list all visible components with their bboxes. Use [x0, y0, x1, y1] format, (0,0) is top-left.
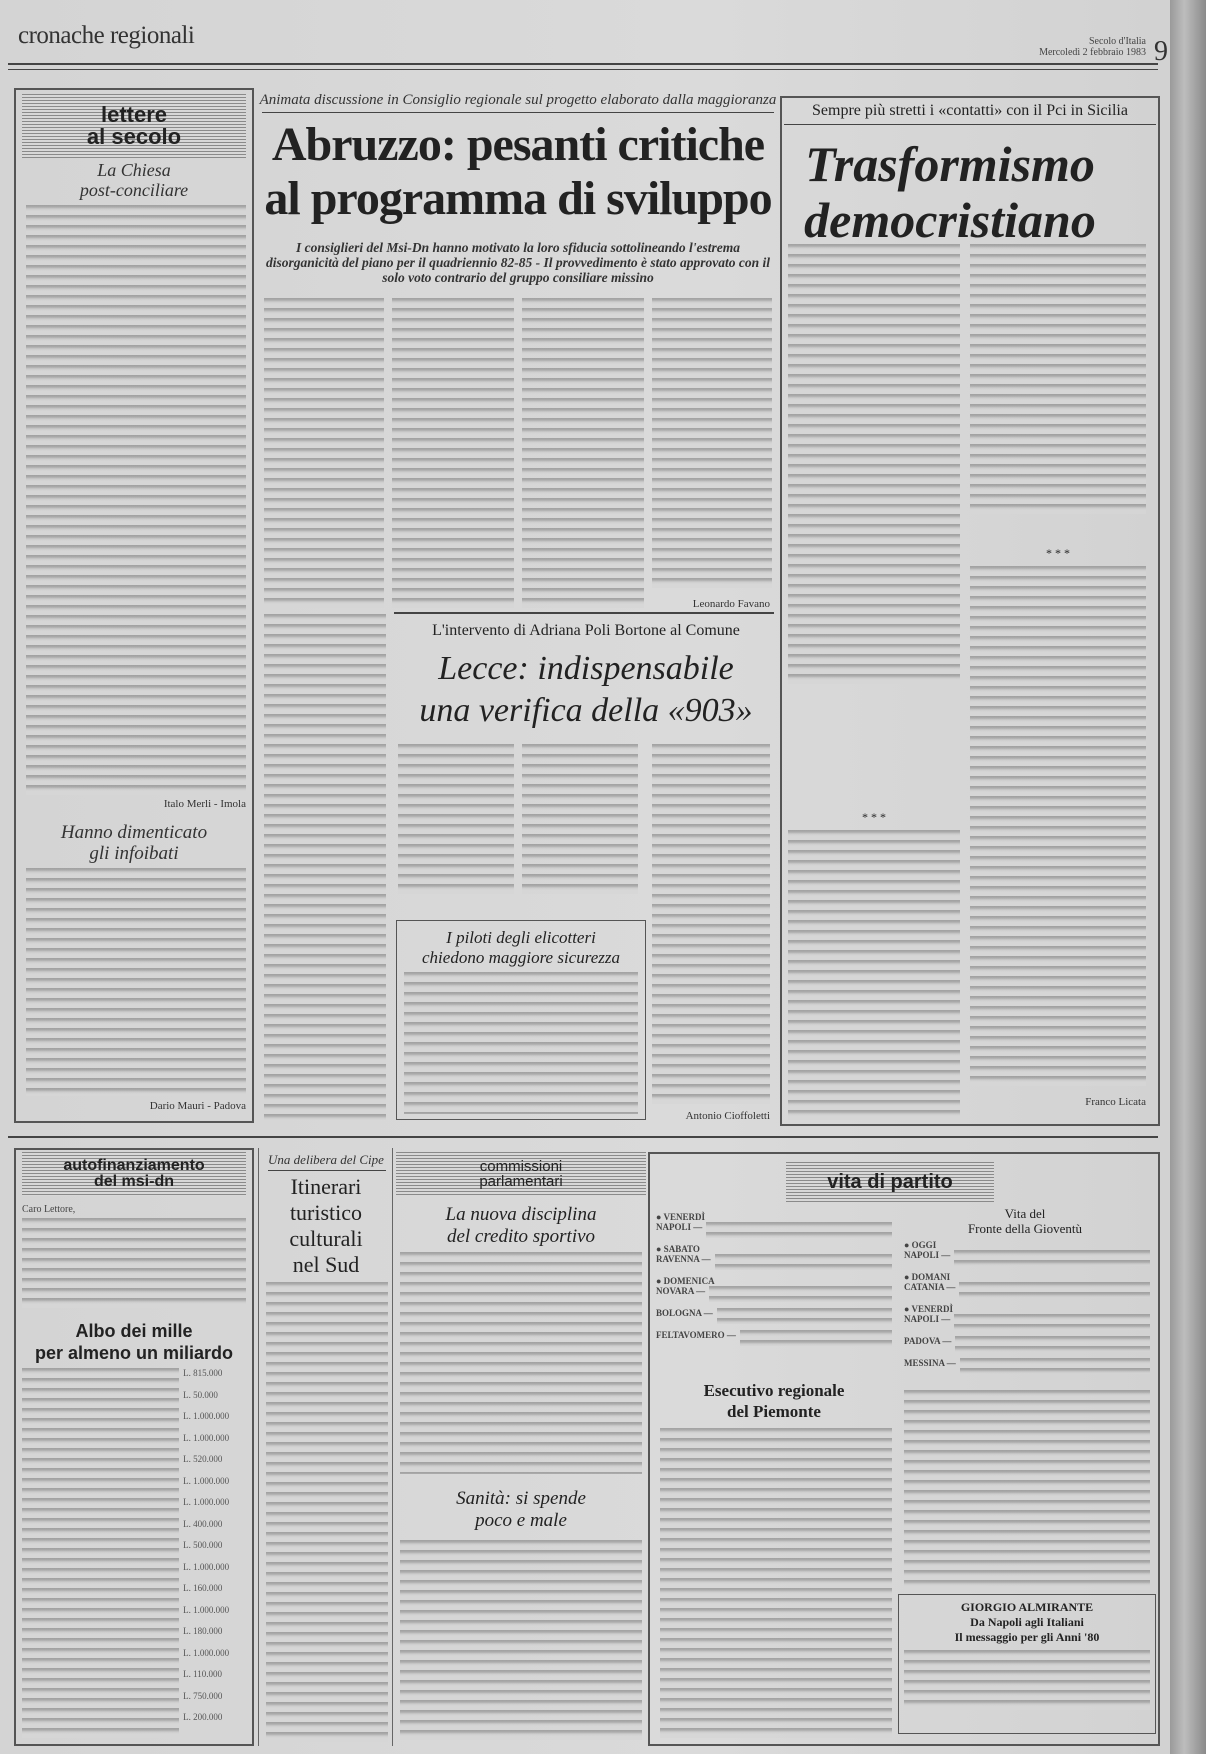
fronte-title-line2: Fronte della Gioventù — [900, 1221, 1150, 1236]
almirante-body — [904, 1650, 1150, 1710]
lecce-byline: Antonio Cioffoletti — [652, 1110, 770, 1122]
cipe-headline-line3: culturali — [262, 1226, 390, 1252]
sicilia-headline-line2: democristiano — [780, 192, 1120, 248]
credito-headline-line1: La nuova disciplina — [396, 1204, 646, 1226]
vita-entry: ● OGGINAPOLI — — [904, 1240, 1150, 1266]
albo-amount: L. 1.000.000 — [183, 1562, 246, 1584]
vita-entry: MESSINA — — [904, 1358, 1150, 1374]
autofin-header-line2: del msi-dn — [94, 1174, 174, 1190]
credito-headline: La nuova disciplina del credito sportivo — [396, 1204, 646, 1248]
albo-amount: L. 500.000 — [183, 1540, 246, 1562]
vita-header-text: vita di partito — [827, 1172, 953, 1192]
commissioni-header: commissioni parlamentari — [396, 1152, 646, 1196]
albo-list: L. 815.000L. 50.000L. 1.000.000L. 1.000.… — [22, 1368, 246, 1738]
albo-title: Albo dei mille per almeno un miliardo — [22, 1320, 246, 1364]
vita-entry-city: FELTAVOMERO — — [656, 1330, 736, 1346]
albo-amount: L. 200.000 — [183, 1712, 246, 1734]
letter2-title-line2: gli infoibati — [22, 843, 246, 864]
bottom-section-rule — [8, 1136, 1158, 1138]
vita-entry-text — [960, 1358, 1150, 1374]
abruzzo-kicker: Animata discussione in Consiglio regiona… — [258, 92, 778, 109]
albo-title-line1: Albo dei mille — [22, 1320, 246, 1342]
credito-headline-line2: del credito sportivo — [396, 1226, 646, 1248]
vita-entry-day: ● SABATO — [656, 1244, 892, 1254]
vita-entry-text — [959, 1282, 1150, 1298]
masthead-rule — [8, 63, 1158, 65]
cipe-kicker: Una delibera del Cipe — [262, 1152, 390, 1168]
autofin-header: autofinanziamento del msi-dn — [22, 1152, 246, 1196]
vita-entry: FELTAVOMERO — — [656, 1330, 892, 1346]
vita-entry-city: NOVARA — — [656, 1286, 705, 1302]
sicilia-col2-b — [970, 566, 1146, 1086]
lettere-header-line1: lettere — [101, 104, 167, 126]
abruzzo-headline-line2: al programma di sviluppo — [258, 172, 778, 226]
executive-title-line1: Esecutivo regionale — [656, 1380, 892, 1401]
fronte-title: Vita del Fronte della Gioventù — [900, 1206, 1150, 1236]
albo-amount: L. 1.000.000 — [183, 1497, 246, 1519]
vita-entry-city: PADOVA — — [904, 1336, 951, 1352]
vita-entry: PADOVA — — [904, 1336, 1150, 1352]
lecce-kicker: L'intervento di Adriana Poli Bortone al … — [398, 622, 774, 640]
vita-entry-text — [715, 1254, 892, 1270]
sicilia-kicker-rule — [784, 124, 1156, 125]
letter1-title: La Chiesa post-conciliare — [22, 160, 246, 200]
vita-left-list: ● VENERDÌNAPOLI —● SABATORAVENNA —● DOME… — [656, 1212, 892, 1352]
albo-amount: L. 1.000.000 — [183, 1476, 246, 1498]
albo-amount: L. 750.000 — [183, 1691, 246, 1713]
vita-entry-city: NAPOLI — — [904, 1250, 950, 1266]
sicilia-col1-a — [788, 244, 960, 684]
sanita-body — [400, 1540, 642, 1740]
paper-date: Secolo d'Italia Mercoledì 2 febbraio 198… — [1039, 36, 1146, 58]
vita-entry-text — [954, 1314, 1150, 1330]
sicilia-separator-2: * * * — [788, 810, 960, 825]
commissioni-header-line1: commissioni — [480, 1159, 563, 1174]
cipe-headline-line1: Itinerari — [262, 1174, 390, 1200]
lecce-headline: Lecce: indispensabile una verifica della… — [398, 648, 774, 732]
elicotteri-headline: I piloti degli elicotteri chiedono maggi… — [400, 928, 642, 968]
lettere-header: lettere al secolo — [22, 94, 246, 158]
albo-donors — [22, 1368, 179, 1738]
albo-amount: L. 50.000 — [183, 1390, 246, 1412]
executive-title: Esecutivo regionale del Piemonte — [656, 1380, 892, 1422]
abruzzo-col1-cont — [264, 614, 386, 1120]
albo-amounts: L. 815.000L. 50.000L. 1.000.000L. 1.000.… — [179, 1368, 246, 1738]
vita-entry-text — [955, 1336, 1150, 1352]
executive-body — [660, 1428, 892, 1738]
sicilia-separator: * * * — [970, 546, 1146, 561]
letter1-body — [26, 205, 246, 795]
column-rule — [258, 1148, 259, 1746]
vita-entry-day: ● DOMENICA — [656, 1276, 892, 1286]
autofin-header-line1: autofinanziamento — [63, 1158, 204, 1174]
vita-entry-day: ● DOMANI — [904, 1272, 1150, 1282]
elicotteri-headline-line2: chiedono maggiore sicurezza — [400, 948, 642, 968]
sicilia-headline: Trasformismo democristiano — [780, 136, 1120, 248]
almirante-name: GIORGIO ALMIRANTE — [900, 1600, 1154, 1615]
cipe-headline: Itinerari turistico culturali nel Sud — [262, 1174, 390, 1278]
cipe-body — [266, 1282, 388, 1742]
vita-entry-city: RAVENNA — — [656, 1254, 711, 1270]
abruzzo-col1 — [264, 298, 384, 608]
abruzzo-headline: Abruzzo: pesanti critiche al programma d… — [258, 118, 778, 226]
cipe-headline-line4: nel Sud — [262, 1252, 390, 1278]
vita-entry-city: NAPOLI — — [656, 1222, 702, 1238]
vita-entry-text — [954, 1250, 1150, 1266]
letter1-signature: Italo Merli - Imola — [26, 798, 246, 810]
vita-entry-city: BOLOGNA — — [656, 1308, 713, 1324]
albo-amount: L. 160.000 — [183, 1583, 246, 1605]
lecce-top-rule — [394, 612, 774, 614]
vita-entry-day: ● OGGI — [904, 1240, 1150, 1250]
almirante-subtitle1: Da Napoli agli Italiani — [900, 1615, 1154, 1630]
cipe-kicker-rule — [268, 1170, 386, 1171]
albo-amount: L. 110.000 — [183, 1669, 246, 1691]
commissioni-header-line2: parlamentari — [479, 1174, 562, 1189]
vita-entry-city: NAPOLI — — [904, 1314, 950, 1330]
paper-name: Secolo d'Italia — [1039, 36, 1146, 47]
sicilia-kicker: Sempre più stretti i «contatti» con il P… — [784, 102, 1156, 120]
vita-right-list: ● OGGINAPOLI —● DOMANICATANIA —● VENERDÌ… — [904, 1240, 1150, 1380]
abruzzo-byline: Leonardo Favano — [652, 598, 770, 610]
abruzzo-headline-line1: Abruzzo: pesanti critiche — [258, 118, 778, 172]
vita-entry-city: CATANIA — — [904, 1282, 955, 1298]
abruzzo-kicker-rule — [262, 112, 774, 113]
vita-entry-day: ● VENERDÌ — [656, 1212, 892, 1222]
credito-body — [400, 1252, 642, 1474]
sanita-headline: Sanità: si spende poco e male — [396, 1488, 646, 1532]
sicilia-col2-a — [970, 244, 1146, 514]
vita-entry: ● DOMANICATANIA — — [904, 1272, 1150, 1298]
abruzzo-col4 — [652, 298, 772, 588]
section-title: cronache regionali — [18, 22, 194, 50]
lecce-headline-line1: Lecce: indispensabile — [398, 648, 774, 690]
letter1-title-line1: La Chiesa — [22, 160, 246, 180]
column-rule-2 — [392, 1148, 393, 1746]
issue-date: Mercoledì 2 febbraio 1983 — [1039, 47, 1146, 58]
albo-amount: L. 1.000.000 — [183, 1433, 246, 1455]
lecce-headline-line2: una verifica della «903» — [398, 690, 774, 732]
letter2-signature: Dario Mauri - Padova — [26, 1100, 246, 1112]
abruzzo-col2 — [392, 298, 514, 608]
almirante-subtitle2: Il messaggio per gli Anni '80 — [900, 1630, 1154, 1645]
albo-amount: L. 180.000 — [183, 1626, 246, 1648]
vita-entry-city: MESSINA — — [904, 1358, 956, 1374]
fronte-body — [904, 1390, 1150, 1590]
lecce-col2 — [522, 744, 638, 894]
vita-entry-text — [740, 1330, 892, 1346]
fronte-title-line1: Vita del — [900, 1206, 1150, 1221]
vita-entry: ● VENERDÌNAPOLI — — [656, 1212, 892, 1238]
albo-amount: L. 1.000.000 — [183, 1605, 246, 1627]
lettere-header-line2: al secolo — [87, 126, 181, 148]
letter2-body — [26, 868, 246, 1096]
page-edge — [1170, 0, 1206, 1754]
sanita-headline-line2: poco e male — [396, 1510, 646, 1532]
vita-entry-text — [709, 1286, 892, 1302]
cipe-headline-line2: turistico — [262, 1200, 390, 1226]
vita-entry: ● VENERDÌNAPOLI — — [904, 1304, 1150, 1330]
vita-entry-text — [717, 1308, 892, 1324]
letter2-title: Hanno dimenticato gli infoibati — [22, 822, 246, 864]
autofin-body — [22, 1218, 246, 1308]
executive-title-line2: del Piemonte — [656, 1401, 892, 1422]
abruzzo-col3 — [522, 298, 644, 608]
vita-entry-day: ● VENERDÌ — [904, 1304, 1150, 1314]
sicilia-headline-line1: Trasformismo — [780, 136, 1120, 192]
lecce-col1 — [398, 744, 514, 894]
abruzzo-deck: I consiglieri del Msi-Dn hanno motivato … — [264, 240, 772, 285]
masthead-rule-thin — [8, 69, 1158, 70]
autofin-salutation: Caro Lettore, — [22, 1204, 75, 1215]
albo-amount: L. 815.000 — [183, 1368, 246, 1390]
almirante-title: GIORGIO ALMIRANTE Da Napoli agli Italian… — [900, 1600, 1154, 1645]
vita-entry-text — [706, 1222, 892, 1238]
letter1-title-line2: post-conciliare — [22, 180, 246, 200]
vita-entry: BOLOGNA — — [656, 1308, 892, 1324]
elicotteri-body — [404, 972, 638, 1114]
vita-entry: ● DOMENICANOVARA — — [656, 1276, 892, 1302]
albo-amount: L. 1.000.000 — [183, 1411, 246, 1433]
albo-amount: L. 520.000 — [183, 1454, 246, 1476]
sanita-headline-line1: Sanità: si spende — [396, 1488, 646, 1510]
vita-entry: ● SABATORAVENNA — — [656, 1244, 892, 1270]
albo-amount: L. 400.000 — [183, 1519, 246, 1541]
albo-title-line2: per almeno un miliardo — [22, 1342, 246, 1364]
sicilia-byline: Franco Licata — [970, 1096, 1146, 1108]
sicilia-col1-b — [788, 830, 960, 1120]
albo-amount: L. 1.000.000 — [183, 1648, 246, 1670]
lecce-col3 — [652, 744, 770, 1104]
vita-header: vita di partito — [786, 1162, 994, 1202]
elicotteri-headline-line1: I piloti degli elicotteri — [400, 928, 642, 948]
letter2-title-line1: Hanno dimenticato — [22, 822, 246, 843]
